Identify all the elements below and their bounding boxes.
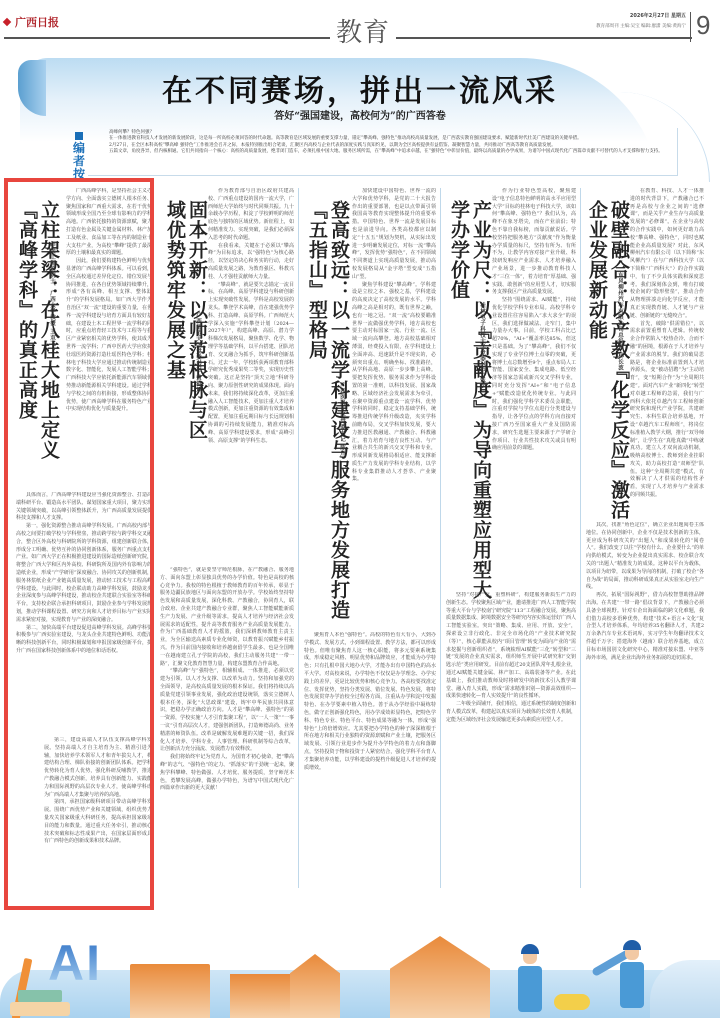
- article-paragraph: 其次，找准“角色定位”，确立企业出题阅卷主体地位。在协同创新中，企业不仅是技术创…: [586, 522, 704, 592]
- article-paragraph: 作为教育部与自治区政府共建高校、广西重点建设的国内一流大学，广西师范大学始终与时…: [208, 188, 294, 243]
- article-paragraph: “攀高峰”，就是要矢志锚定一流目标，在高峰、高原学科建设与科研创新上实现突破性发…: [208, 282, 294, 446]
- masthead-rule-left: [4, 37, 330, 39]
- column-divider: [440, 188, 441, 888]
- page-headline: 在不同赛场，拼出一流风采: [0, 66, 720, 110]
- editor-note-label: 编者按: [72, 142, 86, 181]
- article-paragraph: 二年级全面铺开，我们相信，通过系统性的制度创新和育人模式改革，构建起以真实项目为…: [446, 701, 576, 724]
- article-body: 广西高峰学科，是坚持社会主义办学方向、全面落实立德树人根本任务、聚焦国家和广西重…: [66, 188, 152, 488]
- article-paragraph: 聚焦学科建设“攀高峰”。学科建设是立校之本、强校之基，学科建设的高度决定了高校发…: [352, 282, 436, 485]
- article-body-lower: 其次，找准“角色定位”，确立企业出题阅卷主体地位。在协同创新中，企业不仅是技术创…: [586, 522, 704, 877]
- worker-figure-icon: [518, 944, 542, 1018]
- article-body-lower: “强特色”，就是要坚守师范根脉，在产教融合、服务地方、面向东盟上彰显独具优势的办…: [160, 567, 294, 877]
- editor-credits: 教育部周刊 主编:吴宝 编辑:廖潇 美编:黄海宁: [596, 23, 686, 29]
- issue-date: 2026年2月27日 星期五: [630, 12, 686, 19]
- article-paragraph: 加快建设中国特色、世界一流的大学和优势学科，是党的二十大报告作出的重要部署，也是…: [352, 188, 436, 282]
- building-icon: [130, 964, 210, 1018]
- article-paragraph: 再次，拓展“国际视野”，借力高校智慧助推品牌出海。在共建“一带一路”倡议背景下，…: [586, 592, 704, 662]
- worker-figure-icon: [620, 940, 644, 1018]
- article-body: 在教育、科技、人才一体推进的时代背景下，产教融合已不再是高校与企业之间的“选修课…: [630, 188, 704, 518]
- article-body-lower: 坚持“对接产业、重塑科研”，构建服务新质生产力的创新生态。学校聚焦区域产业，邀请…: [446, 592, 576, 877]
- book-icon: [10, 1002, 70, 1016]
- logo-diamond-icon: [3, 18, 11, 26]
- article-paragraph: 聚焦育人本色“强特色”。高校的特色有大有小，大到办学模式、发展方式，小到课程设置…: [304, 632, 436, 772]
- article-paragraph: 坚持“对接产业、重塑科研”，构建服务新质生产力的创新生态。学校聚焦区域产业，邀请…: [446, 592, 576, 701]
- article-paragraph: 具体而言，广西高峰学科建设应当强化资源整合、打造高端科研平台、锻造高水平团队、谋…: [16, 492, 152, 523]
- illustration-wave: [0, 970, 720, 1018]
- editor-note-paragraph: 五篇文章，角度各异，但内核相通。它们共同指向一个核心：高校的高质量发展，绝非闭门…: [100, 149, 670, 155]
- machine-tank-icon: [554, 994, 590, 1010]
- article-body: 作为教育部与自治区政府共建高校、广西重点建设的国内一流大学，广西师范大学始终与时…: [208, 188, 294, 488]
- article-paragraph: 在我看来，关键在于必须以“攀高峰”为目标追求，以“强特色”为核心路径，以坚定的决…: [208, 243, 294, 282]
- article-paragraph: 坚持“围绕需求、AI赋能”，持续优化学校学科专业布局。高校学科专业设置往往容易陷…: [492, 297, 576, 453]
- article-body: 加快建设中国特色、世界一流的大学和优势学科，是党的二十大报告作出的重要部署，也是…: [352, 188, 436, 628]
- square-bullet-icon: [75, 132, 83, 140]
- article-body-tail: 第三，建设高端人才队伍支撑高峰学科发展。坚持高端人才自主培育为主、精准引进为辅，…: [44, 737, 152, 877]
- editor-note-tag: 编者按: [72, 132, 86, 181]
- article-paragraph: 第四，承担国家级科研项目带动高峰学科发展。围绕广西优势产业和关键领域，组织优势力…: [44, 799, 152, 846]
- article-wang-shuangfei[interactable]: 立柱架梁：在八桂大地上定义『高峰学科』的真正高度 中国工程院院士、广西大学教授 …: [14, 182, 154, 882]
- article-zhang-xue[interactable]: 产业为尺：以『贡献度』为导向重塑应用型大学办学价值 桂林电子科技大学党委书记 张…: [444, 182, 578, 882]
- article-byline: 东风柳州汽车有限公司总经理 林长波: [616, 272, 624, 472]
- newspaper-logo[interactable]: 广西日报: [4, 14, 59, 30]
- column-divider: [298, 188, 299, 888]
- article-lin-changbo[interactable]: 破壁融合：以产教『化学反应』激活企业发展新动能 东风柳州汽车有限公司总经理 林长…: [584, 182, 706, 882]
- logo-text: 广西日报: [15, 14, 59, 30]
- ai-letters-graphic: AI: [48, 934, 102, 992]
- article-byline: 中国工程院院士、广西大学教授 王双飞: [48, 242, 56, 442]
- article-paragraph: 第二，加快高端平台建设促进高峰学科发展。高峰学科要积极参与广西实验室建设，与龙头…: [16, 625, 152, 656]
- article-body-lower: 具体而言，广西高峰学科建设应当强化资源整合、打造高端科研平台、锻造高水平团队、谋…: [16, 492, 152, 732]
- article-paragraph: “强特色”，就是要坚守师范根脉，在产教融合、服务地方、面向东盟上彰显独具优势的办…: [160, 567, 294, 668]
- article-paragraph: “攀高峰”与“强特色”，相辅相成、一体推进，必须以党建为引领、以人才为支撑、以改…: [160, 668, 294, 754]
- editor-note: 高峰何攀？特色何强？ 在一体推进教育科技人才发展的新发展阶段，这是每一所高校必须…: [100, 130, 670, 170]
- articles-area: 立柱架梁：在八桂大地上定义『高峰学科』的真正高度 中国工程院院士、广西大学教授 …: [6, 182, 706, 882]
- article-paragraph: 在教育、科技、人才一体推进的时代背景下，产教融合已不再是高校与企业之间的“选修课…: [630, 188, 704, 321]
- building-icon: [230, 974, 290, 1018]
- article-paragraph: 广西高峰学科，是坚持社会主义办学方向、全面落实立德树人根本任务、聚焦国家和广西重…: [66, 188, 152, 258]
- bottom-illustration: AI: [0, 930, 720, 1018]
- article-paragraph: 因此，我们要构建特色鲜明与优势显著的广西高峰学科体系。可以看到，全区高校通过差异…: [66, 258, 152, 414]
- article-huang-zubin[interactable]: 固本开新：以师范根脉与区域优势筑牢发展之基 广西师范大学党委书记 黄祖斌 作为教…: [158, 182, 296, 882]
- article-byline: 广西师范大学党委书记 黄祖斌: [194, 312, 202, 442]
- column-divider: [580, 188, 581, 888]
- page-subheadline: 答好“强国建设，高校何为”的广西答卷: [0, 107, 720, 122]
- page-number-divider: [690, 12, 691, 42]
- section-title: 教育: [336, 12, 390, 49]
- article-byline: 桂林电子科技大学党委书记 张学: [478, 302, 486, 502]
- article-paragraph: 第一，强化资源整合推动高峰学科发展。广西高校内部与高校之间要打破学校与学科壁垒，…: [16, 523, 152, 624]
- article-chen-chuan[interactable]: 登高致远：以一流学科建设与服务地方发展打造『五指山』型格局 广西医科大学党委书记…: [302, 182, 438, 882]
- article-body-lower: 聚焦育人本色“强特色”。高校的特色有大有小，大到办学模式、发展方式，小到课程设置…: [304, 632, 436, 877]
- article-paragraph: 首先，破除“供需错位”，以需求前置重塑育人逻辑。传统校企合作常陷入“校热企冷、合…: [630, 321, 704, 500]
- book-icon: [18, 990, 62, 1002]
- article-byline: 广西医科大学党委书记 陈川: [338, 382, 346, 502]
- masthead-rule-right: [396, 37, 692, 39]
- pagoda-icon: [290, 954, 340, 1018]
- article-paragraph: 第三，建设高端人才队伍支撑高峰学科发展。坚持高端人才自主培育为主、精准引进为辅，…: [44, 737, 152, 799]
- article-body: 作为行业特色型高校，聚焦建设“电子信息特色鲜明的高水平应用型大学”目标的桂林电子…: [492, 188, 576, 588]
- masthead: 广西日报 教育 2026年2月27日 星期五 教育部周刊 主编:吴宝 编辑:廖潇…: [0, 0, 720, 46]
- page-number: 9: [696, 10, 710, 41]
- article-paragraph: 我们将始终牢记为党育人、为国育才初心使命，把“攀高峰”的志气、“强特色”的定力、…: [160, 754, 294, 793]
- pagoda-icon: [390, 936, 490, 1018]
- car-icon: [650, 960, 720, 1018]
- article-paragraph: 作为行业特色型高校，聚焦建设“电子信息特色鲜明的高水平应用型大学”目标的桂林电子…: [492, 188, 576, 297]
